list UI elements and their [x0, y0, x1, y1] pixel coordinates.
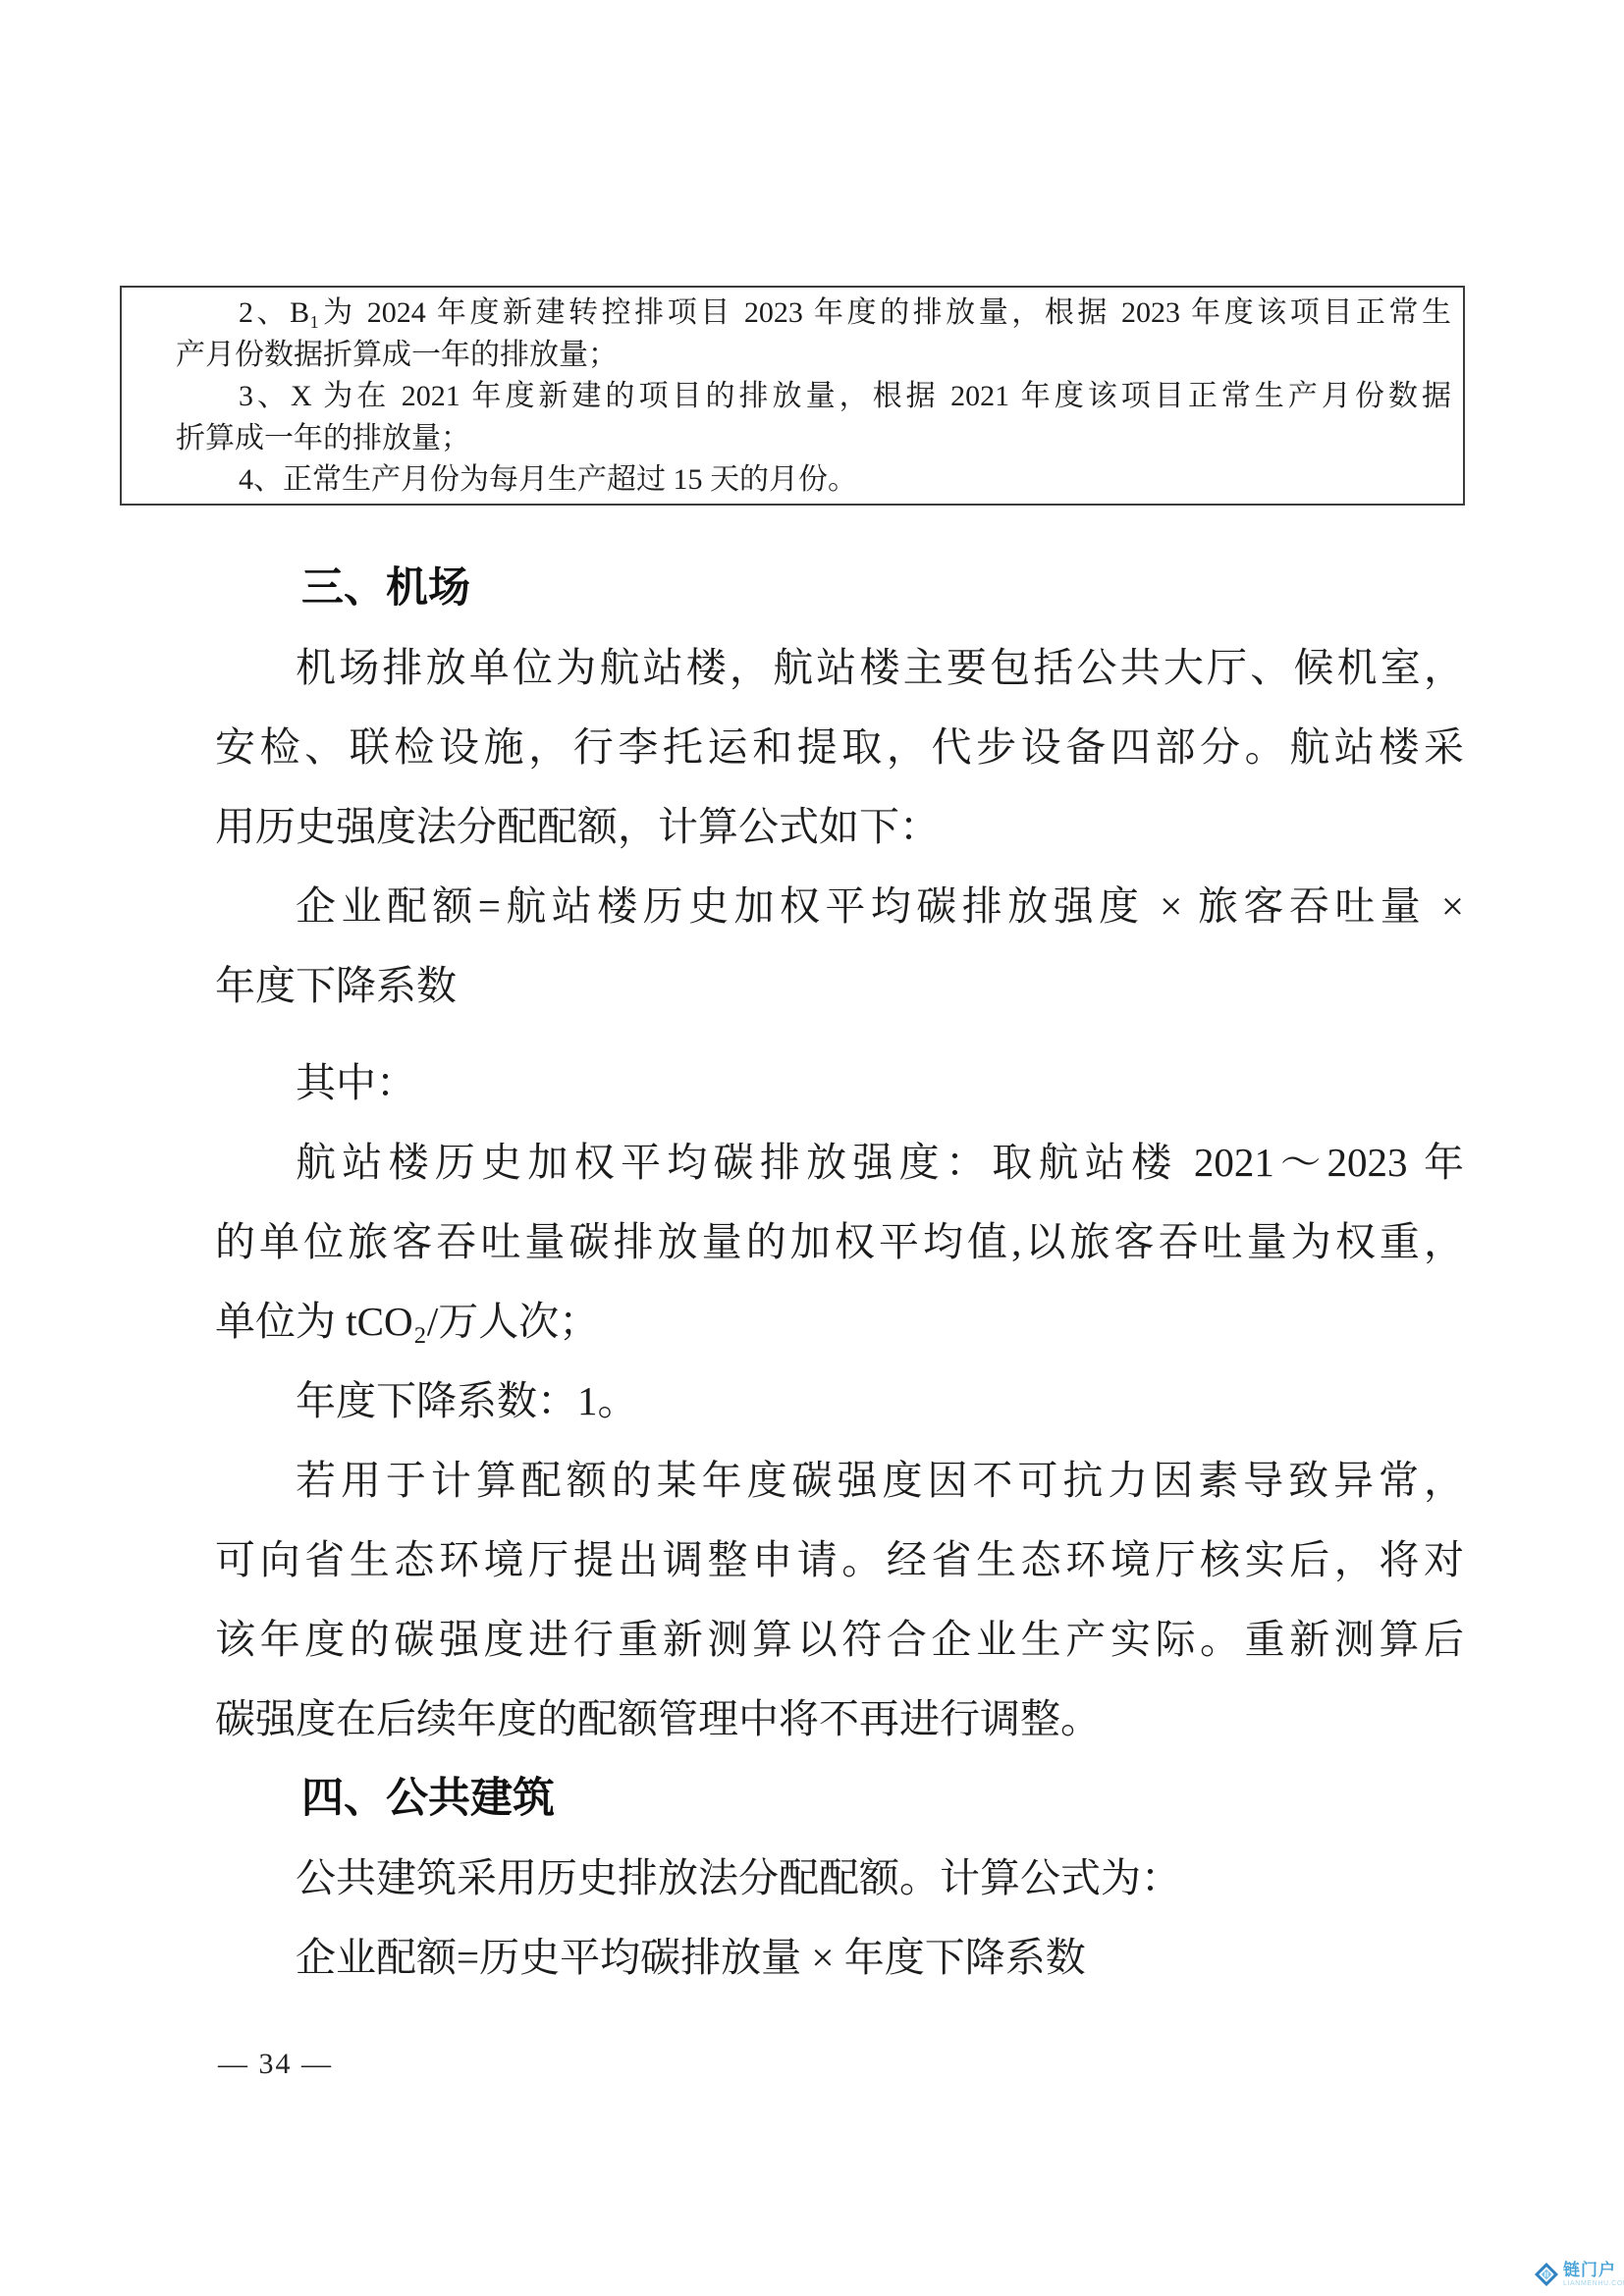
body-line: 年度下降系数：1。 — [215, 1362, 1464, 1441]
body-line: 机场排放单位为航站楼，航站楼主要包括公共大厅、候机室， — [215, 628, 1464, 708]
body-line: 碳强度在后续年度的配额管理中将不再进行调整。 — [215, 1680, 1464, 1759]
body-line: 用历史强度法分配配额，计算公式如下： — [215, 787, 1464, 867]
formula-line: 企业配额=航站楼历史加权平均碳排放强度 × 旅客吞吐量 × — [215, 867, 1464, 946]
note-line: 3、X 为在 2021 年度新建的项目的排放量，根据 2021 年度该项目正常生… — [176, 376, 1451, 418]
formula-line: 企业配额=历史平均碳排放量 × 年度下降系数 — [215, 1918, 1464, 1998]
note-line: 4、正常生产月份为每月生产超过 15 天的月份。 — [176, 459, 1451, 502]
body-line: 航站楼历史加权平均碳排放强度：取航站楼 2021～2023 年 — [215, 1123, 1464, 1202]
page-number: — 34 — — [218, 2048, 333, 2081]
document-body: 三、机场 机场排放单位为航站楼，航站楼主要包括公共大厅、候机室， 安检、联检设施… — [215, 549, 1464, 1998]
watermark-logo: 链门户 LIANMENHU.COM — [1535, 2262, 1624, 2287]
body-line: 可向省生态环境厅提出调整申请。经省生态环境厅核实后，将对 — [215, 1521, 1464, 1600]
note-line: 2、B₁为 2024 年度新建转控排项目 2023 年度的排放量，根据 2023… — [176, 293, 1451, 335]
note-line: 折算成一年的排放量； — [176, 418, 1451, 460]
watermark-domain: LIANMENHU.COM — [1563, 2280, 1624, 2287]
body-line: 若用于计算配额的某年度碳强度因不可抗力因素导致异常， — [215, 1441, 1464, 1521]
note-line: 产月份数据折算成一年的排放量； — [176, 335, 1451, 377]
watermark-name: 链门户 — [1563, 2262, 1624, 2278]
section-heading-airport: 三、机场 — [215, 549, 1464, 628]
body-line: 的单位旅客吞吐量碳排放量的加权平均值,以旅客吞吐量为权重， — [215, 1202, 1464, 1282]
body-line: 其中： — [215, 1043, 1464, 1123]
lianmenhu-icon — [1535, 2263, 1558, 2286]
watermark-text: 链门户 LIANMENHU.COM — [1563, 2262, 1624, 2287]
document-page: 2、B₁为 2024 年度新建转控排项目 2023 年度的排放量，根据 2023… — [0, 0, 1624, 2296]
body-line: 安检、联检设施，行李托运和提取，代步设备四部分。航站楼采 — [215, 708, 1464, 787]
body-line: 该年度的碳强度进行重新测算以符合企业生产实际。重新测算后 — [215, 1600, 1464, 1680]
note-box: 2、B₁为 2024 年度新建转控排项目 2023 年度的排放量，根据 2023… — [120, 286, 1465, 506]
formula-line: 年度下降系数 — [215, 946, 1464, 1026]
body-line: 单位为 tCO₂/万人次； — [215, 1282, 1464, 1362]
section-heading-public-building: 四、公共建筑 — [215, 1759, 1464, 1839]
body-line: 公共建筑采用历史排放法分配配额。计算公式为： — [215, 1839, 1464, 1918]
